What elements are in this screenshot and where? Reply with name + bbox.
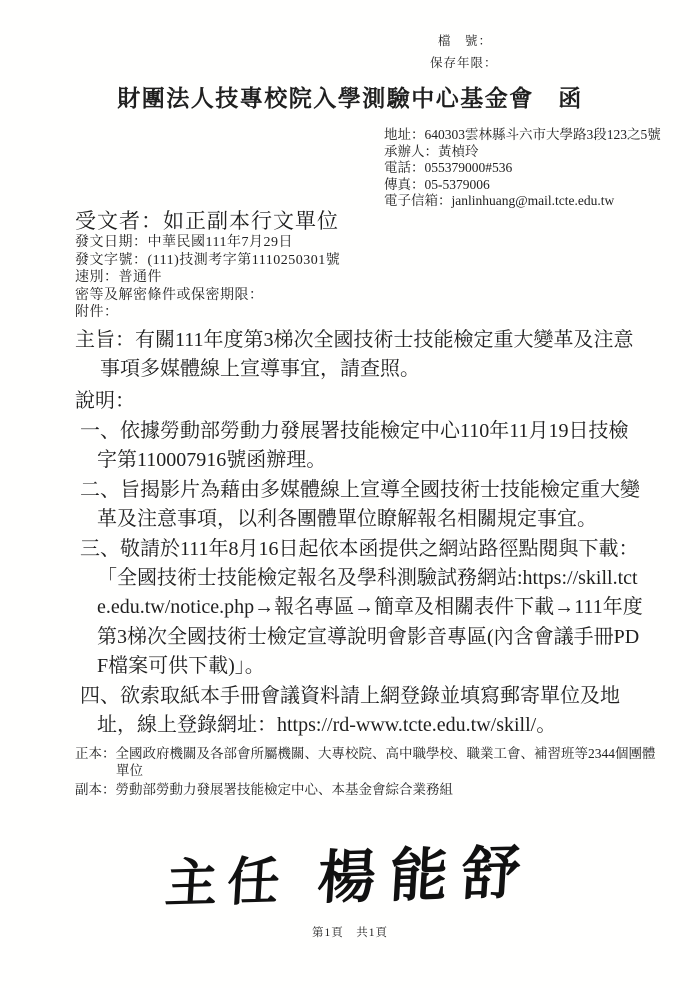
sender-address: 地址：640303雲林縣斗六市大學路3段123之5號 (384, 127, 680, 144)
fax-value: 05-5379006 (425, 177, 490, 192)
subject-label: 主旨： (75, 329, 135, 351)
classification-line: 密等及解密條件或保密期限： (75, 287, 340, 305)
original-copy-label: 正本： (75, 746, 116, 761)
item-4-text: 欲索取紙本手冊會議資料請上網登錄並填寫郵寄單位及地址，線上登錄網址：https:… (97, 685, 620, 736)
filing-block: 檔 號： 保存年限： (430, 30, 498, 74)
scanned-letter-page: 檔 號： 保存年限： 財團法人技專校院入學測驗中心基金會 函 地址：640303… (0, 0, 700, 988)
item-1-number: 一、 (80, 420, 120, 442)
email-label: 電子信箱： (384, 193, 452, 208)
sender-fax: 傳真：05-5379006 (384, 177, 680, 194)
issue-date-label: 發文日期： (75, 235, 148, 250)
attachment-line: 附件： (75, 304, 340, 322)
recipient-line: 受文者：如正副本行文單位 (75, 205, 339, 235)
item-2-number: 二、 (80, 479, 120, 501)
copy-to-cc: 副本：勞動部勞動力發展署技能檢定中心、本基金會綜合業務組 (75, 782, 667, 799)
signature-title: 主任 (163, 839, 292, 917)
sender-contact: 承辦人：黃楨玲 (384, 144, 680, 161)
doc-number-label: 發文字號： (75, 253, 148, 268)
attachment-label: 附件： (75, 305, 119, 320)
address-value: 640303雲林縣斗六市大學路3段123之5號 (425, 127, 661, 142)
sender-phone: 電話：055379000#536 (384, 160, 680, 177)
doc-number-line: 發文字號：(111)技測考字第1110250301號 (75, 252, 340, 270)
sender-email: 電子信箱：janlinhuang@mail.tcte.edu.tw (384, 193, 680, 210)
recipient-label: 受文者： (75, 209, 163, 233)
cc-copy-label: 副本： (75, 782, 116, 797)
issue-date-line: 發文日期：中華民國111年7月29日 (75, 234, 340, 252)
description-label: 說明： (75, 384, 135, 413)
cc-copy-text: 勞動部勞動力發展署技能檢定中心、本基金會綜合業務組 (116, 782, 454, 797)
item-1-text: 依據勞動部勞動力發展署技能檢定中心110年11月19日技檢字第110007916… (97, 420, 629, 471)
phone-value: 055379000#536 (425, 160, 513, 175)
fax-label: 傳真： (384, 177, 425, 192)
description-item-3: 三、敬請於111年8月16日起依本函提供之網站路徑點閱與下載：「全國技術士技能檢… (80, 535, 646, 682)
retention-period-label: 保存年限： (430, 52, 498, 74)
contact-value: 黃楨玲 (438, 144, 479, 159)
distribution-block: 正本：全國政府機關及各部會所屬機關、大專校院、高中職學校、職業工會、補習班等23… (75, 746, 667, 798)
subject-section: 主旨：有關111年度第3梯次全國技術士技能檢定重大變革及注意事項多媒體線上宣導事… (75, 326, 649, 384)
address-label: 地址： (384, 127, 425, 142)
sender-info-block: 地址：640303雲林縣斗六市大學路3段123之5號 承辦人：黃楨玲 電話：05… (384, 127, 680, 210)
description-item-4: 四、欲索取紙本手冊會議資料請上網登錄並填寫郵寄單位及地址，線上登錄網址：http… (80, 682, 646, 741)
description-items: 一、依據勞動部勞動力發展署技能檢定中心110年11月19日技檢字第1100079… (80, 417, 646, 740)
classification-label: 密等及解密條件或保密期限： (75, 288, 264, 303)
contact-label: 承辦人： (384, 144, 438, 159)
document-title: 財團法人技專校院入學測驗中心基金會 函 (0, 80, 700, 113)
item-2-text: 旨揭影片為藉由多媒體線上宣導全國技術士技能檢定重大變革及注意事項，以利各團體單位… (97, 479, 640, 530)
priority-line: 速別：普通件 (75, 269, 340, 287)
subject-text: 有關111年度第3梯次全國技術士技能檢定重大變革及注意事項多媒體線上宣導事宜，請… (100, 329, 634, 380)
meta-block: 發文日期：中華民國111年7月29日 發文字號：(111)技測考字第111025… (75, 234, 340, 322)
copy-to-original: 正本：全國政府機關及各部會所屬機關、大專校院、高中職學校、職業工會、補習班等23… (75, 746, 667, 780)
doc-number-value: (111)技測考字第1110250301號 (148, 253, 341, 268)
priority-value: 普通件 (119, 270, 163, 285)
file-number-label: 檔 號： (438, 30, 498, 52)
description-item-1: 一、依據勞動部勞動力發展署技能檢定中心110年11月19日技檢字第1100079… (80, 417, 646, 476)
issue-date-value: 中華民國111年7月29日 (148, 235, 293, 250)
description-item-2: 二、旨揭影片為藉由多媒體線上宣導全國技術士技能檢定重大變革及注意事項，以利各團體… (80, 476, 646, 535)
phone-label: 電話： (384, 160, 425, 175)
recipient-value: 如正副本行文單位 (163, 209, 339, 233)
page-footer: 第1頁 共1頁 (0, 924, 700, 940)
item-3-number: 三、 (80, 538, 120, 560)
priority-label: 速別： (75, 270, 119, 285)
item-4-number: 四、 (80, 685, 120, 707)
signature-name: 楊能舒 (315, 825, 537, 915)
signature: 主任 楊能舒 (0, 821, 700, 923)
email-value: janlinhuang@mail.tcte.edu.tw (452, 193, 615, 208)
original-copy-text: 全國政府機關及各部會所屬機關、大專校院、高中職學校、職業工會、補習班等2344個… (116, 746, 656, 778)
item-3-text: 敬請於111年8月16日起依本函提供之網站路徑點閱與下載：「全國技術士技能檢定報… (97, 538, 643, 678)
